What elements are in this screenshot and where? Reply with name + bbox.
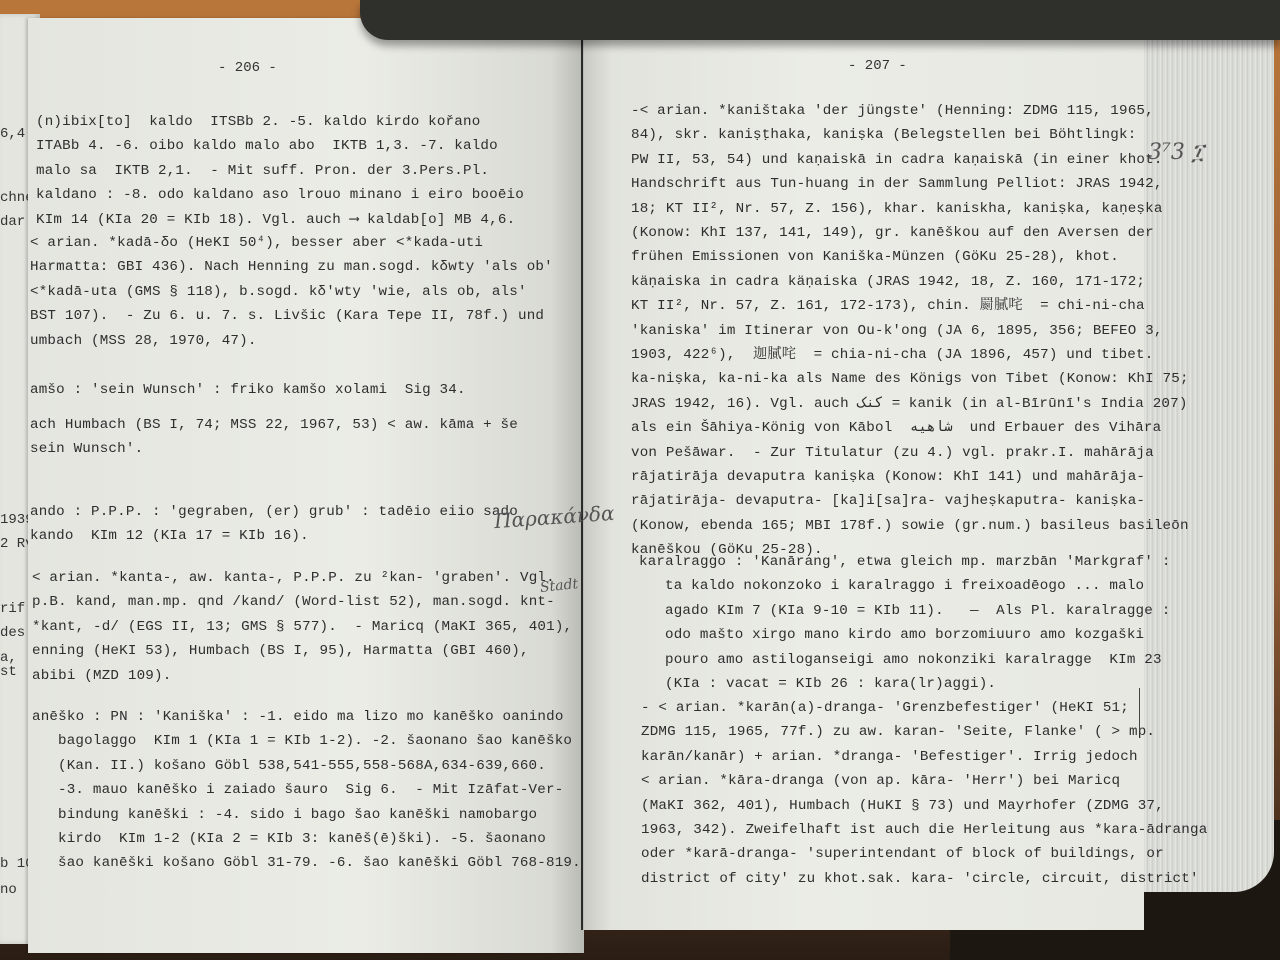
left-kamso-line: amšo : 'sein Wunsch' : friko kamšo xolam… [30,378,466,402]
right-kanesko-etymology-line: käṇaiska in cadra käṇaiska (JRAS 1942, 1… [631,270,1145,294]
left-kanesko-line: šao kanēški košano Göbl 31-79. -6. šao k… [58,851,581,875]
left-kamso-etymology-line: ach Humbach (BS I, 74; MSS 22, 1967, 53)… [30,413,518,437]
handwritten-note-number: 3⁷3 ፲ [1148,140,1204,165]
margin-line [1139,688,1140,730]
right-karalraggo-etymology-line: - < arian. *karān(a)-dranga- 'Grenzbefes… [641,696,1129,720]
left-kanesko-line: bagolaggo KIm 1 (KIa 1 = KIb 1-2). -2. š… [58,729,572,753]
right-karalraggo-etymology-line: karān/kanār) + arian. *dranga- 'Befestig… [641,745,1138,769]
right-kanesko-etymology-line: von Pešāwar. - Zur Titulatur (zu 4.) vgl… [631,441,1154,465]
right-karalraggo-line: odo mašto xirgo mano kirdo amo borzomiuu… [665,623,1144,647]
right-kanesko-etymology-line: rājatirāja- devaputra- [ka]i[sa]ra- vajh… [631,489,1145,513]
left-kando-etymology-line: p.B. kand, man.mp. qnd /kand/ (Word-list… [32,590,555,614]
left-kaldo-etymology-line: < arian. *kadā-δo (HeKI 50⁴), besser abe… [30,231,483,255]
left-kaldo-etymology-line: Harmatta: GBI 436). Nach Henning zu man.… [30,255,553,279]
left-kanesko-line: anēško : PN : 'Kaniška' : -1. eido ma li… [32,705,564,729]
right-kanesko-etymology-line: rājatirāja devaputra kaniṣka (Konow: KhI… [631,465,1145,489]
right-karalraggo-etymology-line: < arian. *kāra-dranga (von ap. kāra- 'He… [641,769,1120,793]
left-kaldo-etymology-line: <*kadā-uta (GMS § 118), b.sogd. kδ'wty '… [30,280,527,304]
underlying-fragment: st [0,660,17,684]
right-kanesko-etymology-line: PW II, 53, 54) und kaṇaiskā in cadra kaṇ… [631,148,1163,172]
right-karalraggo-etymology-line: oder *karā-dranga- 'superintendant of bl… [641,842,1164,866]
left-kaldo-etymology-line: BST 107). - Zu 6. u. 7. s. Livšic (Kara … [30,304,544,328]
right-karalraggo-etymology-line: (MaKI 362, 401), Humbach (HuKI § 73) und… [641,794,1164,818]
left-kando-etymology-line: < arian. *kanta-, aw. kanta-, P.P.P. zu … [32,566,555,590]
left-kanesko-line: kirdo KIm 1-2 (KIa 2 = KIb 3: kanēš(ē)šk… [58,827,546,851]
right-karalraggo-etymology-line: district of city' zu khot.sak. kara- 'ci… [641,867,1199,891]
right-kanesko-etymology-line: (Konow, ebenda 165; MBI 178f.) sowie (gr… [631,514,1189,538]
left-kando-line: ando : P.P.P. : 'gegraben, (er) grub' : … [30,500,518,524]
left-kaldo-continuation-line: KIm 14 (KIa 20 = KIb 18). Vgl. auch ⟶ ka… [36,208,515,232]
book-holder-clip [360,0,1280,40]
left-kanesko-line: bindung kanēški : -4. sido i bago šao ka… [58,803,537,827]
right-karalraggo-etymology-line: 1963, 342). Zweifelhaft ist auch die Her… [641,818,1207,842]
left-kando-etymology-line: abibi (MZD 109). [32,664,171,688]
underlying-fragment: no [0,878,17,902]
right-kanesko-etymology-line: 'kaniska' im Itinerar von Ou-k'ong (JA 6… [631,319,1163,343]
right-karalraggo-line: ta kaldo nokonzoko i karalraggo i freixo… [665,574,1144,598]
right-kanesko-etymology-line: JRAS 1942, 16). Vgl. auch کنک = kanik (i… [631,392,1188,416]
left-kaldo-continuation-line: kaldano : -8. odo kaldano aso lrouo mina… [36,183,524,207]
right-kanesko-etymology-line: ka-niṣka, ka-ni-ka als Name des Königs v… [631,367,1189,391]
right-karalraggo-line: (KIa : vacat = KIb 26 : kara(lr)aggi). [665,672,996,696]
book-gutter [581,40,583,930]
right-kanesko-etymology-line: -< arian. *kaništaka 'der jüngste' (Henn… [631,99,1154,123]
left-kanesko-line: -3. mauo kanēško i zaiado šauro Sig 6. -… [58,778,563,802]
right-kanesko-etymology-line: 1903, 422⁶), 迦膩咤 = chia-ni-cha (JA 1896,… [631,343,1153,367]
right-kanesko-etymology-line: 84), skr. kaniṣṭhaka, kaniṣka (Belegstel… [631,123,1136,147]
underlying-fragment: rif [0,597,25,621]
right-kanesko-etymology-line: KT II², Nr. 57, Z. 161, 172-173), chin. … [631,294,1145,318]
page-number-right: - 207 - [848,58,907,74]
left-kando-etymology-line: *kant, -d/ (EGS II, 13; GMS § 577). - Ma… [32,615,572,639]
left-kaldo-continuation-line: (n)ibix[to] kaldo ITSBb 2. -5. kaldo kir… [36,110,480,134]
left-kaldo-continuation-line: ITABb 4. -6. oibo kaldo malo abo IKTB 1,… [36,134,498,158]
right-karalraggo-line: agado KIm 7 (KIa 9-10 = KIb 11). — Als P… [665,599,1170,623]
right-kanesko-etymology-line: 18; KT II², Nr. 57, Z. 156), khar. kanis… [631,197,1163,221]
right-karalraggo-line: karalraggo : 'Kanārang', etwa gleich mp.… [639,550,1171,574]
underlying-fragment: 6,4 [0,122,25,146]
left-kando-etymology-line: enning (HeKI 53), Humbach (BS I, 95), Ha… [32,639,529,663]
right-kanesko-etymology-line: frühen Emissionen von Kaniška-Münzen (Gö… [631,245,1119,269]
page-number-left: - 206 - [218,60,277,76]
underlying-fragment: des [0,621,25,645]
right-kanesko-etymology-line: als ein Šāhiya-König von Kābol شاهیه und… [631,416,1161,440]
right-karalraggo-etymology-line: ZDMG 115, 1965, 77f.) zu aw. karan- 'Sei… [641,720,1155,744]
right-karalraggo-line: pouro amo astiloganseigi amo nokonziki k… [665,648,1162,672]
left-kanesko-line: (Kan. II.) košano Göbl 538,541-555,558-5… [58,754,546,778]
left-kando-line: kando KIm 12 (KIa 17 = KIb 16). [30,524,309,548]
left-kaldo-continuation-line: malo sa IKTB 2,1. - Mit suff. Pron. der … [36,159,489,183]
left-kamso-etymology-line: sein Wunsch'. [30,437,143,461]
left-kaldo-etymology-line: umbach (MSS 28, 1970, 47). [30,329,257,353]
right-kanesko-etymology-line: Handschrift aus Tun-huang in der Sammlun… [631,172,1163,196]
right-kanesko-etymology-line: (Konow: KhI 137, 141, 149), gr. kanēškou… [631,221,1154,245]
underlying-fragment: dar [0,210,25,234]
